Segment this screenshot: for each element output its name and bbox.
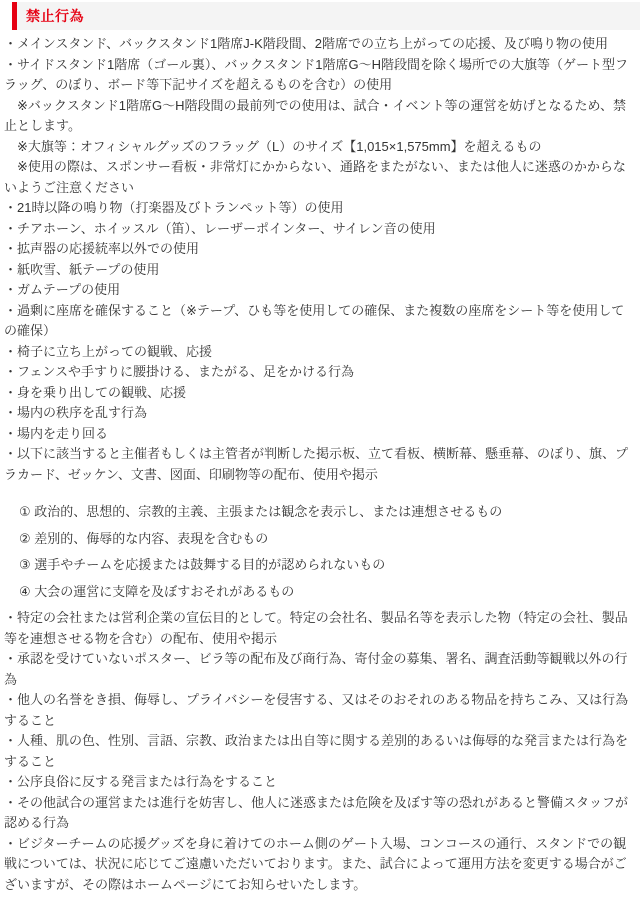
- rule-item: ・チアホーン、ホイッスル（笛）、レーザーポインター、サイレン音の使用: [4, 219, 636, 240]
- rule-item: ・サイドスタンド1階席（ゴール裏）、バックスタンド1階席G～H階段間を除く場所で…: [4, 55, 636, 96]
- rule-item: ① 政治的、思想的、宗教的主義、主張または観念を表示し、または連想させるもの: [19, 502, 636, 523]
- rule-item: ・人種、肌の色、性別、言語、宗教、政治または出自等に関する差別的あるいは侮辱的な…: [4, 731, 636, 772]
- rule-item: ・公序良俗に反する発言または行為をすること: [4, 772, 636, 793]
- rule-item: ・拡声器の応援統率以外での使用: [4, 239, 636, 260]
- rule-item: ・以下に該当すると主催者もしくは主管者が判断した掲示板、立て看板、横断幕、懸垂幕…: [4, 444, 636, 485]
- rule-item: ・ビジターチームの応援グッズを身に着けてのホーム側のゲート入場、コンコースの通行…: [4, 834, 636, 896]
- rule-item: ※使用の際は、スポンサー看板・非常灯にかからない、通路をまたがない、または他人に…: [4, 157, 636, 198]
- rules-list-top: ・メインスタンド、バックスタンド1階席J-K階段間、2階席での立ち上がっての応援…: [0, 34, 640, 485]
- rule-item: ④ 大会の運営に支障を及ぼすおそれがあるもの: [19, 582, 636, 603]
- rules-list-bottom: ・特定の会社または営利企業の宣伝目的として。特定の会社名、製品名等を表示した物（…: [0, 608, 640, 895]
- rule-item: ・場内の秩序を乱す行為: [4, 403, 636, 424]
- rules-numbered-list: ① 政治的、思想的、宗教的主義、主張または観念を表示し、または連想させるもの② …: [0, 502, 640, 602]
- rule-item: ・その他試合の運営または進行を妨害し、他人に迷惑または危険を及ぼす等の恐れがある…: [4, 793, 636, 834]
- rule-item: ・ガムテープの使用: [4, 280, 636, 301]
- rule-item: ※バックスタンド1階席G～H階段間の最前列での使用は、試合・イベント等の運営を妨…: [4, 96, 636, 137]
- rule-item: ・身を乗り出しての観戦、応援: [4, 383, 636, 404]
- rule-item: ・メインスタンド、バックスタンド1階席J-K階段間、2階席での立ち上がっての応援…: [4, 34, 636, 55]
- rule-item: ・承認を受けていないポスター、ビラ等の配布及び商行為、寄付金の募集、署名、調査活…: [4, 649, 636, 690]
- section-title: 禁止行為: [17, 6, 84, 26]
- prohibited-acts-page: 禁止行為 ・メインスタンド、バックスタンド1階席J-K階段間、2階席での立ち上が…: [0, 2, 640, 903]
- rule-item: ・紙吹雪、紙テープの使用: [4, 260, 636, 281]
- rule-item: ・21時以降の鳴り物（打楽器及びトランペット等）の使用: [4, 198, 636, 219]
- rule-item: ・過剰に座席を確保すること（※テープ、ひも等を使用しての確保、また複数の座席をシ…: [4, 301, 636, 342]
- rule-item: ③ 選手やチームを応援または鼓舞する目的が認められないもの: [19, 555, 636, 576]
- rule-item: ・フェンスや手すりに腰掛ける、またがる、足をかける行為: [4, 362, 636, 383]
- rule-item: ・椅子に立ち上がっての観戦、応援: [4, 342, 636, 363]
- rule-item: ・場内を走り回る: [4, 424, 636, 445]
- rule-item: ・特定の会社または営利企業の宣伝目的として。特定の会社名、製品名等を表示した物（…: [4, 608, 636, 649]
- section-header: 禁止行為: [12, 2, 640, 30]
- rule-item: ・他人の名誉をき損、侮辱し、プライバシーを侵害する、又はそのおそれのある物品を持…: [4, 690, 636, 731]
- rule-item: ※大旗等：オフィシャルグッズのフラッグ（L）のサイズ【1,015×1,575mm…: [4, 137, 636, 158]
- rule-item: ② 差別的、侮辱的な内容、表現を含むもの: [19, 529, 636, 550]
